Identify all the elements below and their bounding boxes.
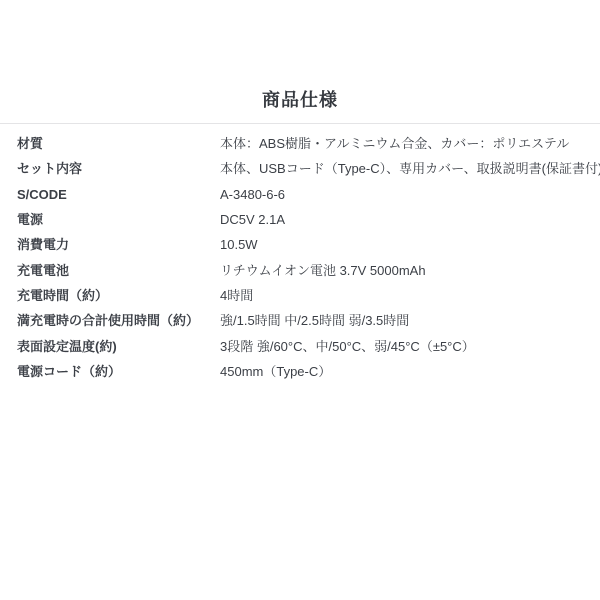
spec-value: 4時間 [220, 289, 600, 302]
spec-label: 表面設定温度(約) [0, 340, 220, 353]
spec-value: 10.5W [220, 238, 600, 251]
spec-label: 充電時間（約） [0, 289, 220, 302]
table-row: 消費電力 10.5W [0, 232, 600, 257]
title-divider [0, 123, 600, 124]
spec-label: 満充電時の合計使用時間（約） [0, 314, 220, 327]
spec-value: A-3480-6-6 [220, 188, 600, 201]
spec-value: DC5V 2.1A [220, 213, 600, 226]
table-row: 電源 DC5V 2.1A [0, 207, 600, 232]
spec-label: セット内容 [0, 162, 220, 175]
table-row: 充電時間（約） 4時間 [0, 283, 600, 308]
table-row: セット内容 本体、USBコード（Type-C）、専用カバー、取扱説明書(保証書付… [0, 156, 600, 181]
spec-label: 電源 [0, 213, 220, 226]
page-title: 商品仕様 [0, 86, 600, 112]
table-row: S/CODE A-3480-6-6 [0, 182, 600, 207]
spec-value: 強/1.5時間 中/2.5時間 弱/3.5時間 [220, 314, 600, 327]
table-row: 電源コード（約） 450mm（Type-C） [0, 359, 600, 384]
product-spec-page: 商品仕様 材質 本体：ABS樹脂・アルミニウム合金、カバー：ポリエステル セット… [0, 0, 600, 600]
spec-table: 材質 本体：ABS樹脂・アルミニウム合金、カバー：ポリエステル セット内容 本体… [0, 131, 600, 384]
spec-value: 3段階 強/60°C、中/50°C、弱/45°C（±5°C） [220, 340, 600, 353]
spec-value: 本体、USBコード（Type-C）、専用カバー、取扱説明書(保証書付) [220, 162, 600, 175]
spec-label: S/CODE [0, 188, 220, 201]
table-row: 表面設定温度(約) 3段階 強/60°C、中/50°C、弱/45°C（±5°C） [0, 333, 600, 358]
spec-label: 材質 [0, 137, 220, 150]
table-row: 材質 本体：ABS樹脂・アルミニウム合金、カバー：ポリエステル [0, 131, 600, 156]
spec-label: 充電電池 [0, 264, 220, 277]
table-row: 満充電時の合計使用時間（約） 強/1.5時間 中/2.5時間 弱/3.5時間 [0, 308, 600, 333]
spec-label: 消費電力 [0, 238, 220, 251]
spec-label: 電源コード（約） [0, 365, 220, 378]
spec-value: リチウムイオン電池 3.7V 5000mAh [220, 264, 600, 277]
spec-value: 450mm（Type-C） [220, 365, 600, 378]
table-row: 充電電池 リチウムイオン電池 3.7V 5000mAh [0, 257, 600, 282]
spec-value: 本体：ABS樹脂・アルミニウム合金、カバー：ポリエステル [220, 137, 600, 150]
